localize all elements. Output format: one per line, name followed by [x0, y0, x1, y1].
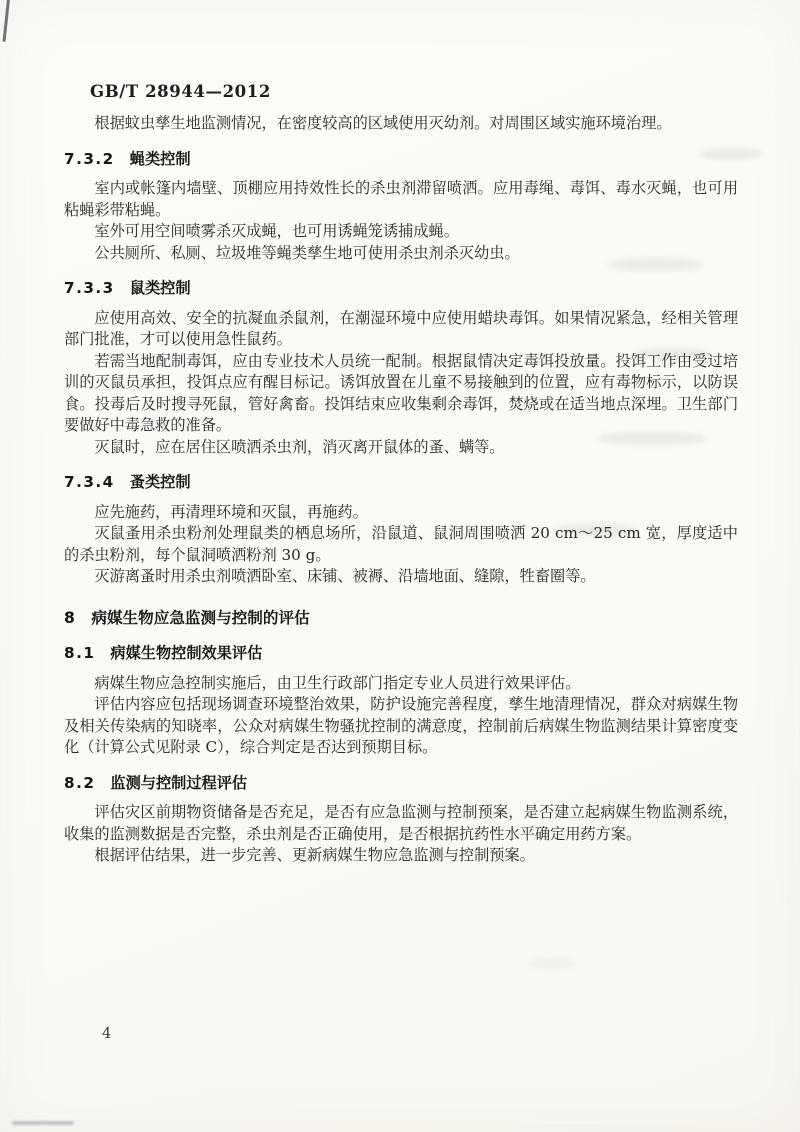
body-paragraph: 室内或帐篷内墙壁、顶棚应用持效性长的杀虫剂滞留喷洒。应用毒绳、毒饵、毒水灭蝇，也…: [64, 178, 738, 221]
scan-smudge: [530, 958, 574, 968]
clause-heading: 7.3.4蚤类控制: [64, 472, 738, 494]
clause-number: 8.2: [64, 774, 95, 792]
body-paragraph: 评估内容应包括现场调查环境整治效果，防护设施完善程度，孳生地清理情况，群众对病媒…: [64, 694, 738, 759]
clause-heading: 8.2监测与控制过程评估: [64, 773, 738, 795]
body-paragraph: 应使用高效、安全的抗凝血杀鼠剂，在潮湿环境中应使用蜡块毒饵。如果情况紧急，经相关…: [64, 308, 738, 351]
page-number: 4: [102, 1026, 111, 1042]
body-paragraph: 若需当地配制毒饵，应由专业技术人员统一配制。根据鼠情决定毒饵投放量。投饵工作由受…: [64, 351, 738, 437]
clause-heading: 7.3.2蝇类控制: [64, 149, 738, 171]
clause-number: 7.3.4: [64, 473, 115, 491]
body-paragraph: 根据评估结果，进一步完善、更新病媒生物应急监测与控制预案。: [64, 845, 738, 867]
body-paragraph: 评估灾区前期物资储备是否充足，是否有应急监测与控制预案，是否建立起病媒生物监测系…: [64, 802, 738, 845]
clause-title: 监测与控制过程评估: [110, 774, 247, 792]
scan-corner-artifact: [2, 0, 10, 42]
document-body: 根据蚊虫孳生地监测情况，在密度较高的区域使用灭幼剂。对周围区域实施环境治理。7.…: [64, 113, 738, 867]
clause-title: 蝇类控制: [130, 150, 191, 168]
clause-heading: 7.3.3鼠类控制: [64, 278, 738, 300]
chapter-heading: 8病媒生物应急监测与控制的评估: [64, 608, 738, 630]
clause-title: 病媒生物控制效果评估: [110, 644, 262, 662]
clause-number: 8: [64, 609, 76, 627]
body-paragraph: 根据蚊虫孳生地监测情况，在密度较高的区域使用灭幼剂。对周围区域实施环境治理。: [64, 113, 738, 135]
body-paragraph: 室外可用空间喷雾杀灭成蝇，也可用诱蝇笼诱捕成蝇。: [64, 221, 738, 243]
body-paragraph: 公共厕所、私厕、垃圾堆等蝇类孳生地可使用杀虫剂杀灭幼虫。: [64, 243, 738, 265]
body-paragraph: 应先施药，再清理环境和灭鼠，再施药。: [64, 502, 738, 524]
clause-title: 蚤类控制: [130, 473, 191, 491]
body-paragraph: 灭鼠蚤用杀虫粉剂处理鼠类的栖息场所，沿鼠道、鼠洞周围喷洒 20 cm～25 cm…: [64, 523, 738, 566]
clause-number: 7.3.3: [64, 279, 115, 297]
clause-title: 病媒生物应急监测与控制的评估: [91, 609, 309, 627]
body-paragraph: 灭鼠时，应在居住区喷洒杀虫剂，消灭离开鼠体的蚤、螨等。: [64, 437, 738, 459]
clause-heading: 8.1病媒生物控制效果评估: [64, 643, 738, 665]
clause-title: 鼠类控制: [130, 279, 191, 297]
clause-number: 7.3.2: [64, 150, 115, 168]
scanned-page: GB/T 28944—2012 根据蚊虫孳生地监测情况，在密度较高的区域使用灭幼…: [0, 0, 800, 1132]
standard-number-header: GB/T 28944—2012: [90, 82, 271, 101]
body-paragraph: 病媒生物应急控制实施后，由卫生行政部门指定专业人员进行效果评估。: [64, 673, 738, 695]
body-paragraph: 灭游离蚤时用杀虫剂喷洒卧室、床铺、被褥、沿墙地面、缝隙，牲畜圈等。: [64, 566, 738, 588]
scan-bottom-artifact: [12, 1121, 74, 1125]
clause-number: 8.1: [64, 644, 95, 662]
